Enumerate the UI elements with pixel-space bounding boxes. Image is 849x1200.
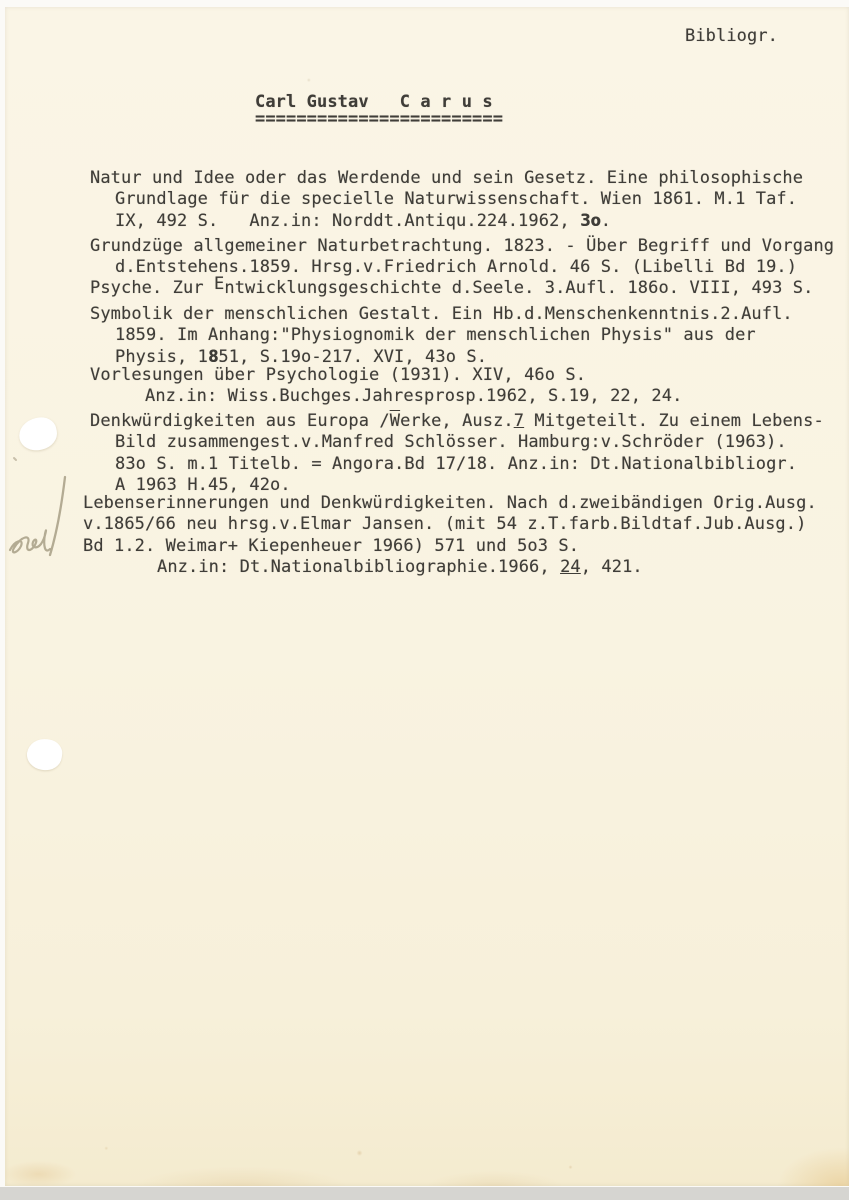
bib-entry: Natur und Idee oder das Werdende und sei… bbox=[90, 168, 803, 232]
bib-entry: Lebenserinnerungen und Denkwürdigkeiten.… bbox=[83, 493, 817, 578]
bib-line: Denkwürdigkeiten aus Europa /Werke, Ausz… bbox=[90, 411, 824, 432]
bib-line: Grundzüge allgemeiner Naturbetrachtung. … bbox=[90, 236, 834, 257]
bib-entry: Symbolik der menschlichen Gestalt. Ein H… bbox=[90, 304, 793, 368]
bib-line: Anz.in: Dt.Nationalbibliographie.1966, 2… bbox=[83, 557, 817, 578]
bib-line: Natur und Idee oder das Werdende und sei… bbox=[90, 168, 803, 189]
bib-entry: Psyche. Zur Entwicklungsgeschichte d.See… bbox=[90, 278, 813, 299]
scan-edge-bottom bbox=[0, 1187, 849, 1200]
bib-line: Lebenserinnerungen und Denkwürdigkeiten.… bbox=[83, 493, 817, 514]
paper-sheet: Bibliogr. Carl Gustav C a r u s ========… bbox=[5, 7, 849, 1186]
bib-line: Bild zusammengest.v.Manfred Schlösser. H… bbox=[90, 432, 824, 453]
hole-punch-top bbox=[16, 414, 60, 453]
title-underline: ======================== bbox=[255, 109, 503, 129]
bib-line: Bd 1.2. Weimar+ Kiepenheuer 1966) 571 un… bbox=[83, 536, 817, 557]
bib-line: Vorlesungen über Psychologie (1931). XIV… bbox=[90, 365, 682, 386]
bib-line: 1859. Im Anhang:"Physiognomik der mensch… bbox=[90, 325, 793, 346]
bib-entry: Vorlesungen über Psychologie (1931). XIV… bbox=[90, 365, 682, 408]
bib-line: Grundlage für die specielle Naturwissens… bbox=[90, 189, 803, 210]
bib-entry: Denkwürdigkeiten aus Europa /Werke, Ausz… bbox=[90, 411, 824, 496]
bib-entry: Grundzüge allgemeiner Naturbetrachtung. … bbox=[90, 236, 834, 279]
bib-line: d.Entstehens.1859. Hrsg.v.Friedrich Arno… bbox=[90, 257, 834, 278]
bib-line: v.1865/66 neu hrsg.v.Elmar Jansen. (mit … bbox=[83, 514, 817, 535]
bib-line: Symbolik der menschlichen Gestalt. Ein H… bbox=[90, 304, 793, 325]
page-label: Bibliogr. bbox=[685, 26, 778, 46]
bib-line: Anz.in: Wiss.Buchges.Jahresprosp.1962, S… bbox=[90, 386, 682, 407]
hole-punch-bottom bbox=[25, 737, 64, 773]
pencil-annotation bbox=[5, 452, 80, 567]
bib-line: 83o S. m.1 Titelb. = Angora.Bd 17/18. An… bbox=[90, 454, 824, 475]
bib-line: Psyche. Zur Entwicklungsgeschichte d.See… bbox=[90, 278, 813, 299]
bib-line: IX, 492 S. Anz.in: Norddt.Antiqu.224.196… bbox=[90, 211, 803, 232]
